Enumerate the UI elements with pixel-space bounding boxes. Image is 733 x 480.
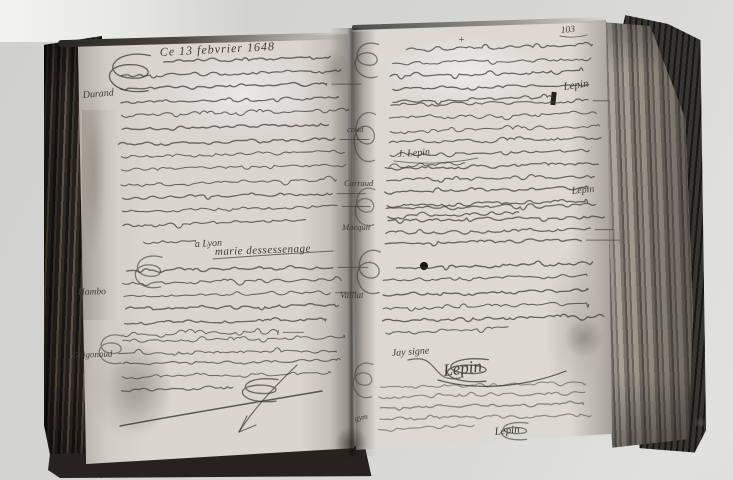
photo-vignette xyxy=(0,0,733,480)
photo-of-open-register: { "colors": { "ink": "#3a3836", "page": … xyxy=(0,0,733,480)
